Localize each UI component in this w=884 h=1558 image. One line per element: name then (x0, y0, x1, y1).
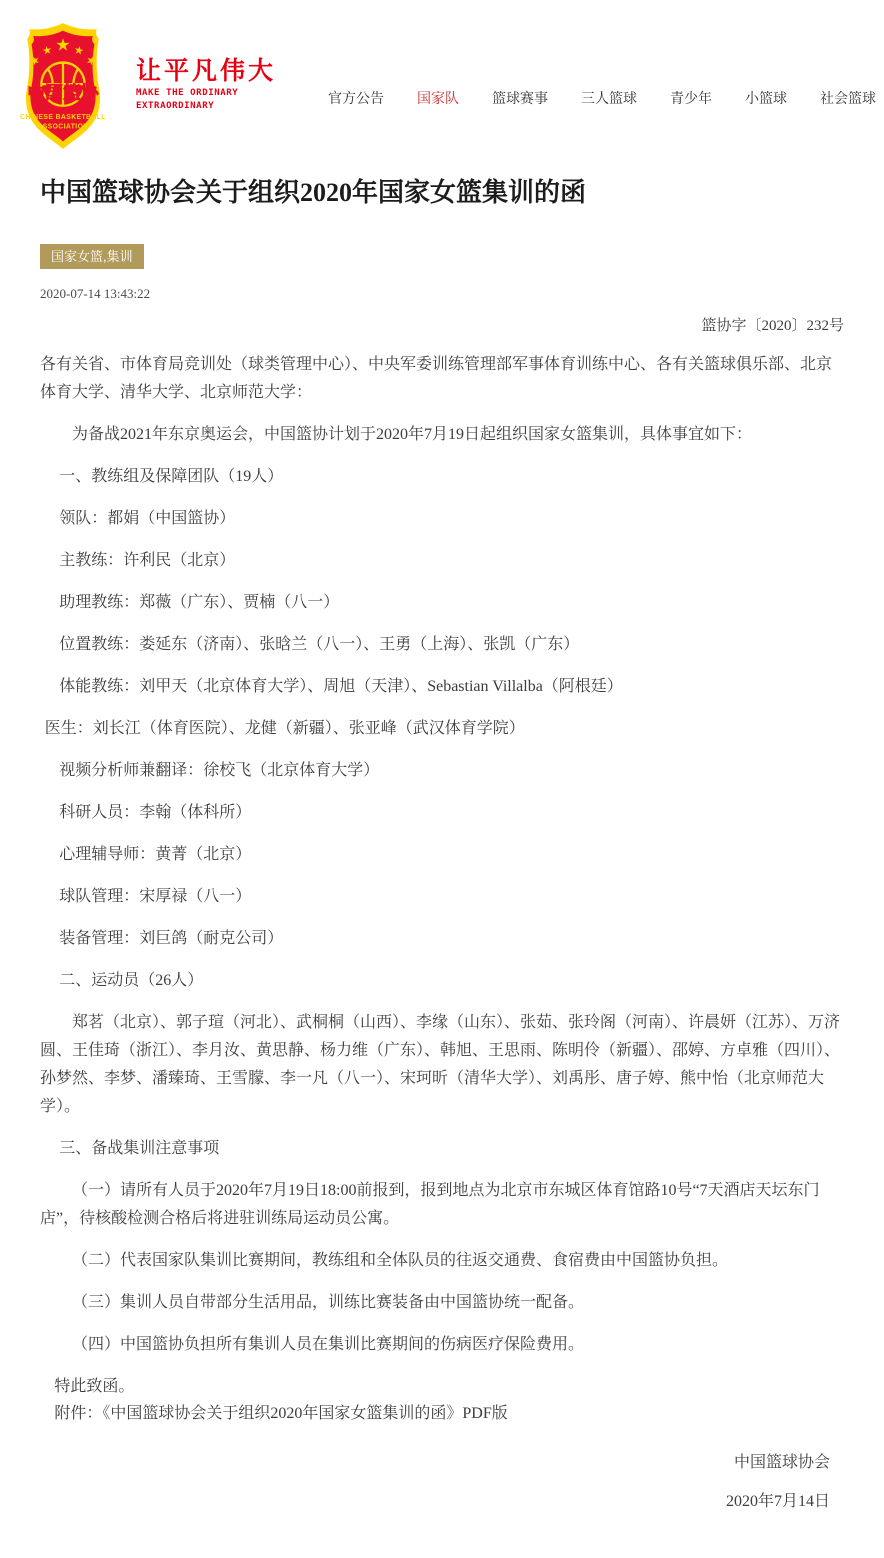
closing-line: 特此致函。 (40, 1373, 844, 1400)
slogan-en-1: MAKE THE ORDINARY (136, 87, 276, 99)
nav-item-mini-basketball[interactable]: 小篮球 (745, 88, 787, 108)
body-paragraph: 各有关省、市体育局竞训处（球类管理中心）、中央军委训练管理部军事体育训练中心、各… (40, 351, 844, 407)
body-paragraph: 视频分析师兼翻译：徐校飞（北京体育大学） (40, 757, 844, 785)
signature-org: 中国篮球协会 (40, 1449, 830, 1476)
page: ★ ★ ★ ★ ★ 中国篮协 CHINESE BASKETBALL ASSOCI… (0, 0, 884, 1558)
doc-number: 篮协字〔2020〕232号 (40, 314, 844, 335)
signature-date: 2020年7月14日 (40, 1488, 830, 1515)
body-paragraph: 二、运动员（26人） (40, 967, 844, 995)
slogan-cn: 让平凡伟大 (136, 58, 276, 86)
body-paragraph: （四）中国篮协负担所有集训人员在集训比赛期间的伤病医疗保险费用。 (40, 1331, 844, 1359)
body-paragraph: 三、备战集训注意事项 (40, 1135, 844, 1163)
body-paragraph: 位置教练：娄延东（济南）、张晗兰（八一）、王勇（上海）、张凯（广东） (40, 631, 844, 659)
cba-shield-icon: ★ ★ ★ ★ ★ 中国篮协 CHINESE BASKETBALL ASSOCI… (16, 20, 110, 154)
body-paragraph: 助理教练：郑薇（广东）、贾楠（八一） (40, 589, 844, 617)
article: 中国篮球协会关于组织2020年国家女篮集训的函 国家女篮,集训 2020-07-… (0, 176, 884, 1558)
nav-item-3x3-basketball[interactable]: 三人篮球 (581, 88, 637, 108)
body-paragraph: 领队：都娟（中国篮协） (40, 505, 844, 533)
slogan-en-2: EXTRAORDINARY (136, 100, 276, 112)
body-paragraph: 为备战2021年东京奥运会，中国篮协计划于2020年7月19日起组织国家女篮集训… (40, 421, 844, 449)
logo-cn-text: 中国篮协 (27, 81, 100, 102)
nav-item-youth[interactable]: 青少年 (670, 88, 712, 108)
body-paragraph: 球队管理：宋厚禄（八一） (40, 883, 844, 911)
body-paragraph: 科研人员：李翰（体科所） (40, 799, 844, 827)
brand-slogan: 让平凡伟大 MAKE THE ORDINARY EXTRAORDINARY (136, 58, 276, 112)
body-paragraph: 郑茗（北京）、郭子瑄（河北）、武桐桐（山西）、李缘（山东）、张茹、张玲阁（河南）… (40, 1009, 844, 1121)
site-header: ★ ★ ★ ★ ★ 中国篮协 CHINESE BASKETBALL ASSOCI… (0, 0, 884, 152)
nav-item-official-announcements[interactable]: 官方公告 (328, 88, 384, 108)
nav-item-social-basketball[interactable]: 社会篮球 (820, 88, 876, 108)
logo-en-text-2: ASSOCIATION (37, 123, 88, 130)
svg-text:★: ★ (55, 35, 70, 54)
body-paragraph: 一、教练组及保障团队（19人） (40, 463, 844, 491)
body-paragraph: （一）请所有人员于2020年7月19日18:00前报到，报到地点为北京市东城区体… (40, 1177, 844, 1233)
main-nav: 官方公告国家队篮球赛事三人篮球青少年小篮球社会篮球 (328, 88, 876, 108)
cba-logo[interactable]: ★ ★ ★ ★ ★ 中国篮协 CHINESE BASKETBALL ASSOCI… (16, 20, 110, 154)
page-title: 中国篮球协会关于组织2020年国家女篮集训的函 (40, 176, 844, 210)
body-paragraph: 体能教练：刘甲天（北京体育大学）、周旭（天津）、Sebastian Villal… (40, 673, 844, 701)
body-paragraph: 装备管理：刘巨鸽（耐克公司） (40, 925, 844, 953)
nav-item-basketball-games[interactable]: 篮球赛事 (492, 88, 548, 108)
body-paragraph: 心理辅导师：黄菁（北京） (40, 841, 844, 869)
signature-block: 中国篮球协会2020年7月14日 (40, 1449, 844, 1515)
body-paragraph: （二）代表国家队集训比赛期间，教练组和全体队员的往返交通费、食宿费由中国篮协负担… (40, 1247, 844, 1275)
attachment-pdf-link[interactable]: 附件：《中国篮球协会关于组织2020年国家女篮集训的函》PDF版 (40, 1400, 844, 1427)
body-paragraph: 医生：刘长江（体育医院）、龙健（新疆）、张亚峰（武汉体育学院） (40, 715, 844, 743)
publish-datetime: 2020-07-14 13:43:22 (40, 286, 844, 302)
logo-en-text-1: CHINESE BASKETBALL (20, 114, 106, 121)
article-body: 各有关省、市体育局竞训处（球类管理中心）、中央军委训练管理部军事体育训练中心、各… (40, 351, 844, 1359)
article-tag[interactable]: 国家女篮,集训 (40, 244, 144, 269)
nav-item-national-team[interactable]: 国家队 (417, 88, 459, 108)
closing-block: 特此致函。附件：《中国篮球协会关于组织2020年国家女篮集训的函》PDF版 (40, 1373, 844, 1427)
body-paragraph: 主教练：许利民（北京） (40, 547, 844, 575)
body-paragraph: （三）集训人员自带部分生活用品，训练比赛装备由中国篮协统一配备。 (40, 1289, 844, 1317)
